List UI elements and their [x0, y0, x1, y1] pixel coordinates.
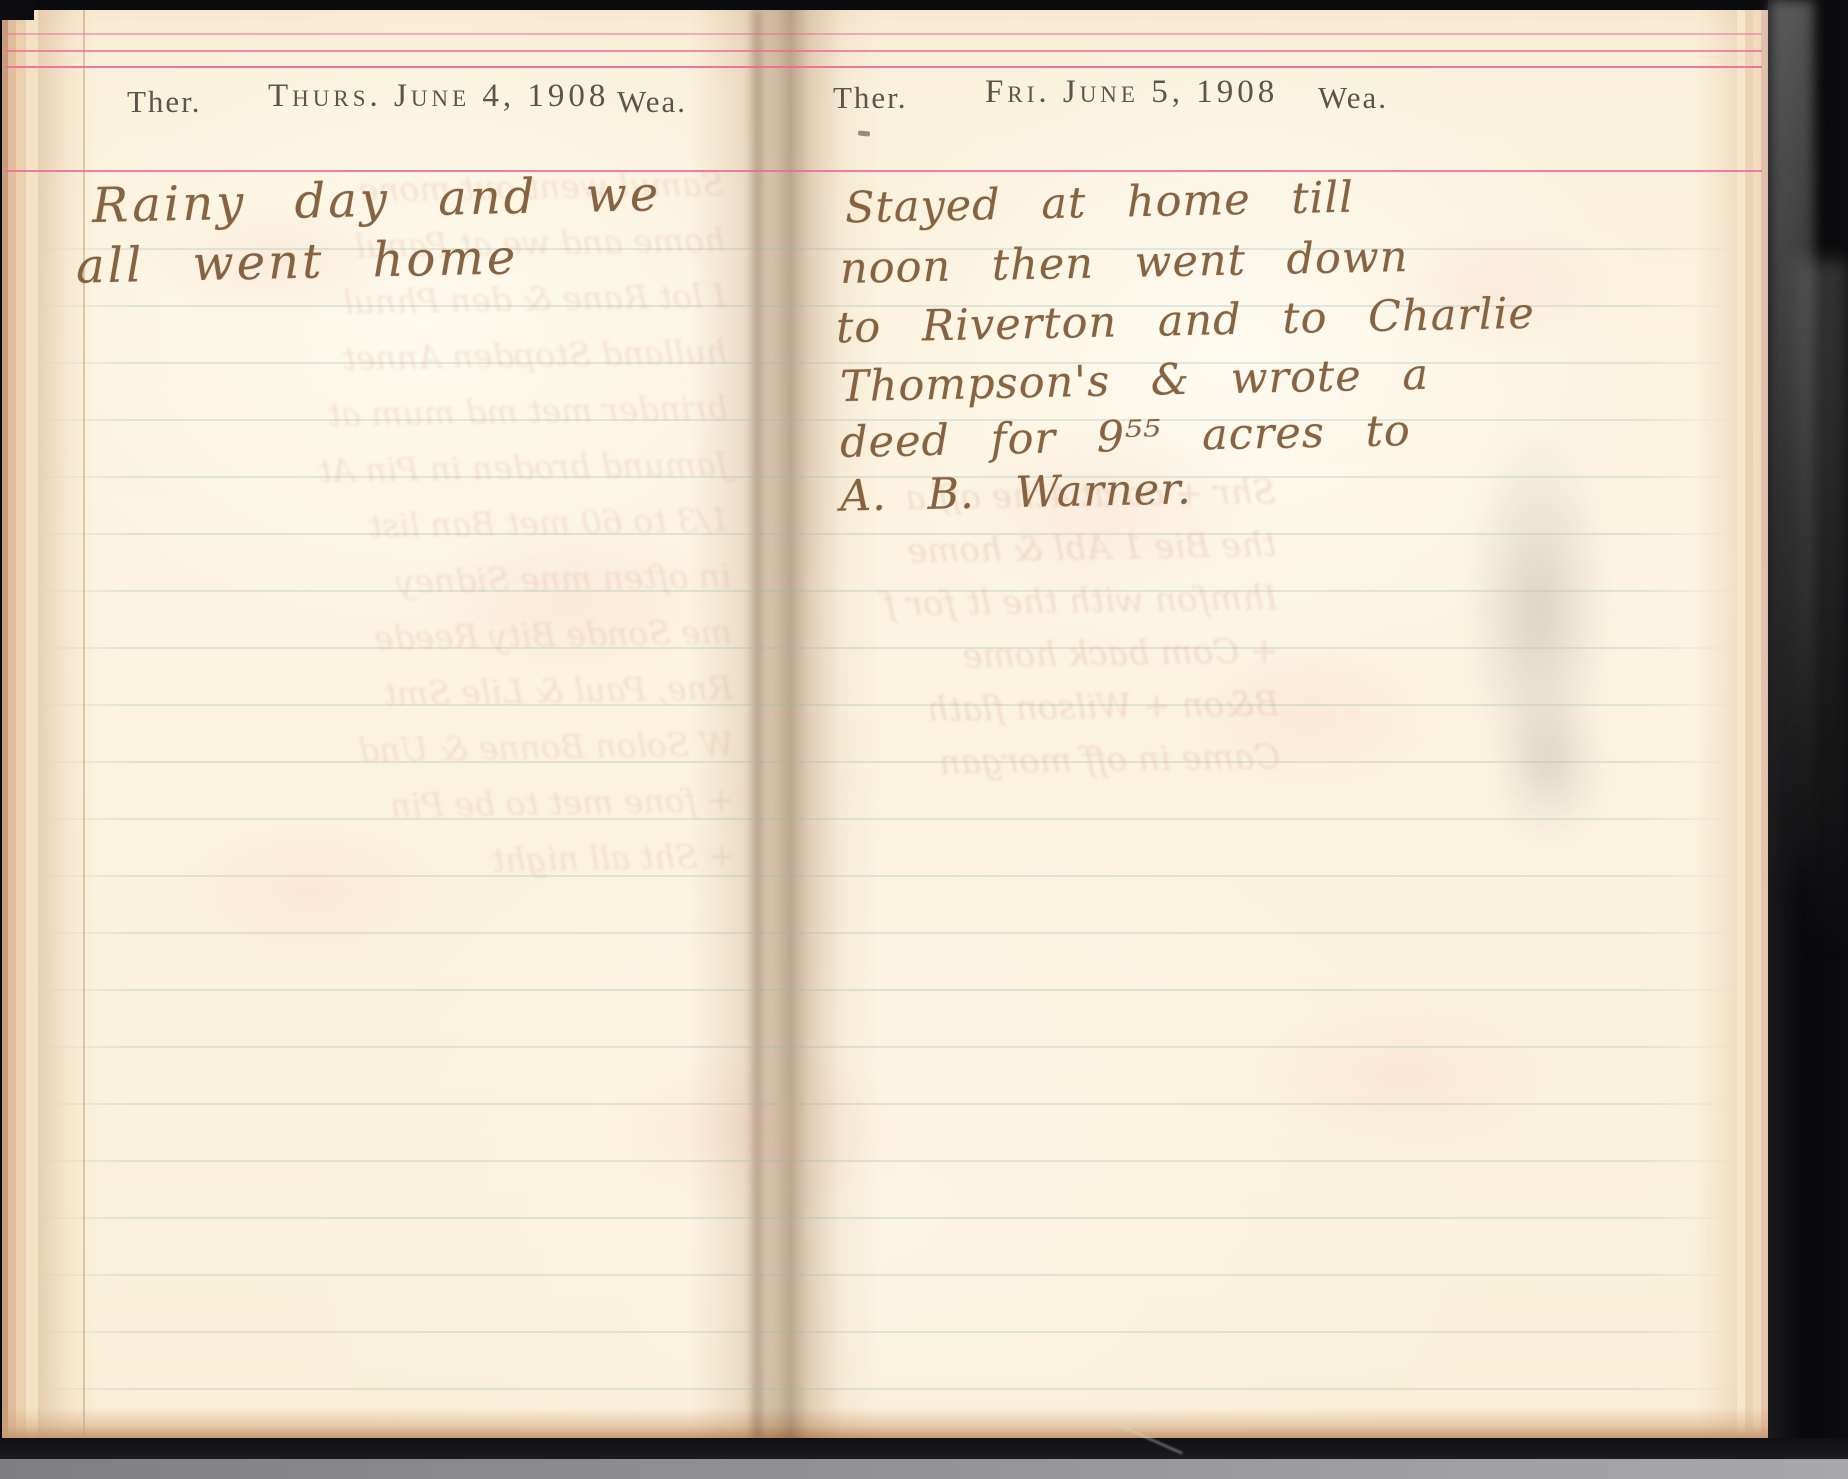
- book-bottom-edge: [0, 1438, 1848, 1459]
- page-stack-edge-left-shade: [38, 10, 96, 1438]
- bleedthrough-line: in often mne Sidney: [291, 548, 732, 612]
- pink-header-rule: [6, 66, 1762, 68]
- scan-background-corner: [0, 0, 34, 20]
- bleedthrough-line: Ihmfon with the lt for f: [807, 572, 1278, 633]
- bleedthrough-line: W Solon Bonne & Und: [293, 716, 734, 780]
- bleedthrough-line: hulland Stopden Annet: [287, 324, 728, 388]
- bleedthrough-line: Rne, Paul & Lile Smt: [292, 660, 733, 724]
- scanned-diary-spread: Samul went out monehome and we at PanulI…: [0, 0, 1848, 1479]
- bleedthrough-line: Jamund broden in Pin At: [289, 436, 730, 500]
- right-page-date: Fri. June 5, 1908: [985, 74, 1278, 111]
- bleedthrough-line: B&on + Wilson flath: [809, 678, 1280, 739]
- bleedthrough-line: + Com back home: [808, 625, 1279, 686]
- page-stack-edge-right: [1737, 10, 1768, 1438]
- blue-rule-line: [30, 1274, 1738, 1276]
- bleedthrough-line: me Sonde Bity Reede: [291, 604, 732, 668]
- center-gutter-crease: [752, 10, 762, 1438]
- blue-rule-line: [30, 818, 1738, 820]
- handwritten-entry-line: Stayed at home till: [845, 173, 1355, 234]
- left-wea-label: Wea.: [617, 84, 687, 120]
- blue-rule-line: [30, 989, 1738, 991]
- blue-rule-line: [30, 1160, 1738, 1162]
- blue-rule-line: [30, 875, 1738, 877]
- left-page-fold-crease: [83, 10, 85, 1438]
- scan-background-top: [0, 0, 1848, 10]
- left-ther-label: Ther.: [127, 84, 202, 120]
- handwritten-entry-line: A. B. Warner.: [840, 464, 1193, 521]
- blue-rule-line: [30, 932, 1738, 934]
- left-page-date: Thurs. June 4, 1908: [268, 78, 609, 115]
- handwritten-entry-line: Rainy day and we: [91, 166, 661, 234]
- pink-header-rule: [6, 50, 1762, 52]
- page-stack-edge-left: [2, 10, 38, 1438]
- bleedthrough-line: brinder met md mum at: [288, 380, 729, 444]
- blue-rule-line: [30, 1046, 1738, 1048]
- right-ther-label: Ther.: [833, 80, 908, 116]
- blue-rule-line: [30, 1217, 1738, 1219]
- blurred-object-small: [1495, 690, 1605, 840]
- blue-rule-line: [30, 1388, 1738, 1390]
- pink-header-rule: [6, 170, 1762, 172]
- page-stack-edge-right-shade: [1695, 10, 1737, 1438]
- bleedthrough-line: Came in off morgan: [810, 731, 1281, 792]
- bleedthrough-line: the Bie 1 Abl & home: [806, 519, 1277, 580]
- bleedthrough-line: + Sht all night: [295, 828, 736, 892]
- page-stack-edge-bottom: [2, 1408, 1768, 1438]
- blue-rule-line: [30, 1331, 1738, 1333]
- handwritten-entry-line: all went home: [75, 229, 518, 294]
- scan-surface-bottom: [0, 1459, 1848, 1479]
- blue-rule-line: [30, 1103, 1738, 1105]
- pink-header-rule: [6, 33, 1762, 35]
- light-streak-soft: [1796, 260, 1848, 960]
- bleedthrough-line: + fone met to be Pin: [294, 772, 735, 836]
- right-wea-label: Wea.: [1318, 80, 1388, 116]
- bleedthrough-line: 1/3 to 60 met Ban list: [290, 492, 731, 556]
